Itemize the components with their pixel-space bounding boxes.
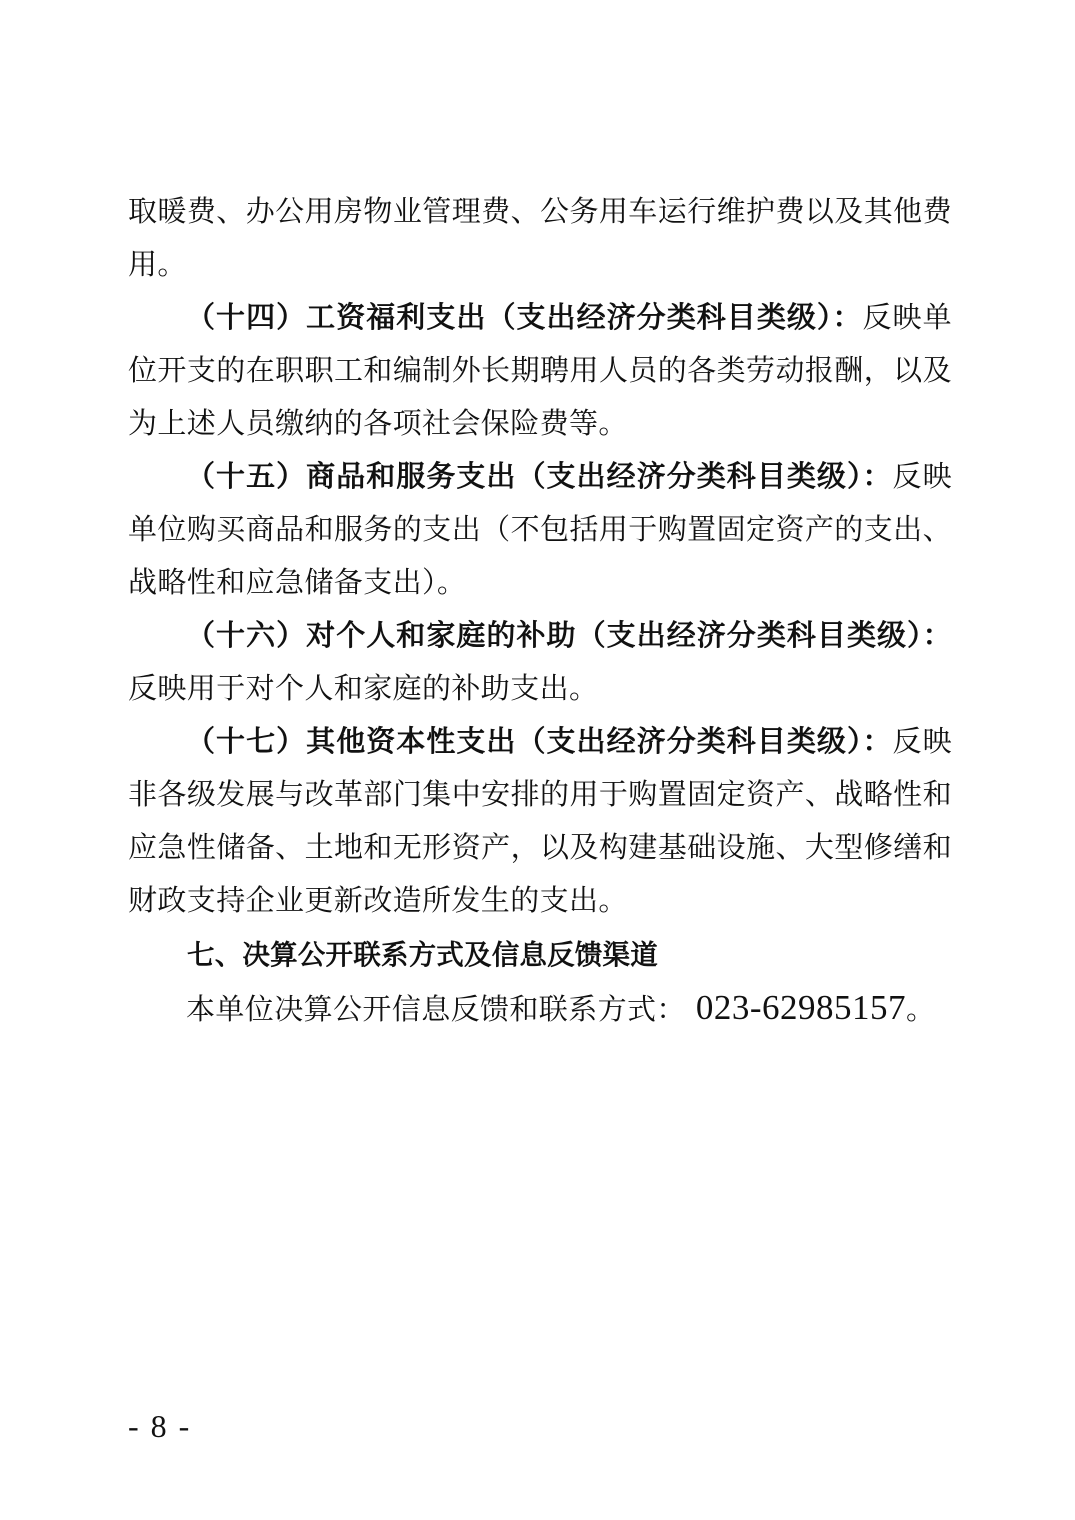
contact-phone: 023-62985157 — [696, 988, 906, 1027]
paragraph-item-15: （十五）商品和服务支出（支出经济分类科目类级）：反映单位购买商品和服务的支出（不… — [128, 451, 952, 610]
paragraph-lead: （十六）对个人和家庭的补助（支出经济分类科目类级）： — [186, 620, 952, 652]
contact-suffix: 。 — [906, 994, 935, 1026]
paragraph-lead: （十四）工资福利支出（支出经济分类科目类级）： — [186, 302, 863, 334]
paragraph-item-14: （十四）工资福利支出（支出经济分类科目类级）：反映单位开支的在职职工和编制外长期… — [128, 292, 952, 451]
contact-line: 本单位决算公开信息反馈和联系方式：023-62985157。 — [128, 981, 952, 1037]
paragraph-lead: （十五）商品和服务支出（支出经济分类科目类级）： — [186, 461, 893, 493]
document-body: 取暖费、办公用房物业管理费、公务用车运行维护费以及其他费用。 （十四）工资福利支… — [128, 186, 952, 1037]
paragraph-item-17: （十七）其他资本性支出（支出经济分类科目类级）：反映非各级发展与改革部门集中安排… — [128, 716, 952, 928]
page-number: - 8 - — [128, 1408, 191, 1445]
paragraph-continuation: 取暖费、办公用房物业管理费、公务用车运行维护费以及其他费用。 — [128, 186, 952, 292]
paragraph-lead: （十七）其他资本性支出（支出经济分类科目类级）： — [186, 726, 893, 758]
paragraph-item-16: （十六）对个人和家庭的补助（支出经济分类科目类级）：反映用于对个人和家庭的补助支… — [128, 610, 952, 716]
document-page: 取暖费、办公用房物业管理费、公务用车运行维护费以及其他费用。 （十四）工资福利支… — [0, 0, 1075, 1520]
section-heading: 七、决算公开联系方式及信息反馈渠道 — [128, 928, 952, 981]
contact-label: 本单位决算公开信息反馈和联系方式： — [186, 994, 686, 1026]
paragraph-text: 反映用于对个人和家庭的补助支出。 — [128, 673, 598, 705]
paragraph-text: 取暖费、办公用房物业管理费、公务用车运行维护费以及其他费用。 — [128, 196, 952, 281]
